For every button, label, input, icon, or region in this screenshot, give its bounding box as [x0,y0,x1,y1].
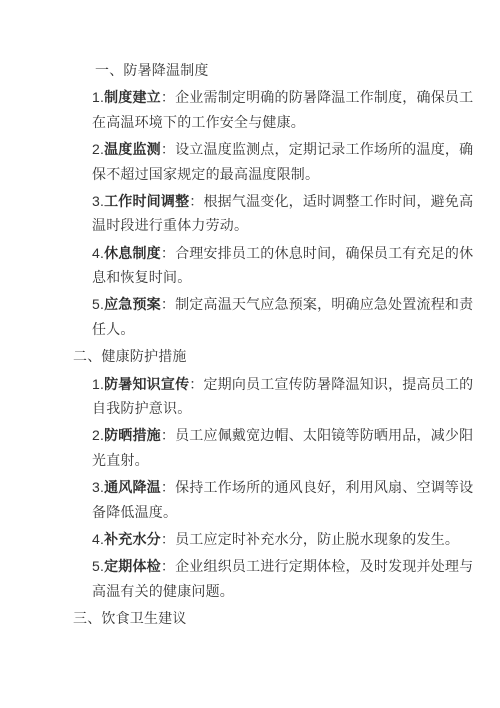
list-item: 5.应急预案：制定高温天气应急预案，明确应急处置流程和责任人。 [73,292,472,341]
item-term: 防晒措施 [104,427,161,443]
list-item: 2.防晒措施：员工应佩戴宽边帽、太阳镜等防晒用品，减少阳光直射。 [73,423,472,472]
document-section: 一、防暑降温制度1.制度建立：企业需制定明确的防暑降温工作制度，确保员工在高温环… [73,58,472,341]
heading-paragraph: 一、防暑降温制度 [73,58,472,83]
item-term: 工作时间调整 [104,193,189,209]
item-continuation-line: 高温有关的健康问题。 [73,579,472,604]
list-item: 4.补充水分：员工应定时补充水分，防止脱水现象的发生。 [73,527,472,552]
item-continuation-line: 光直射。 [73,448,472,473]
item-separator: ： [161,479,175,495]
item-continuation-line: 息和恢复时间。 [73,265,472,290]
item-number: 4. [92,531,104,547]
item-number: 2. [92,427,104,443]
item-continuation-line: 任人。 [73,317,472,342]
list-item: 1.制度建立：企业需制定明确的防暑降温工作制度，确保员工在高温环境下的工作安全与… [73,85,472,134]
list-item: 3.工作时间调整：根据气温变化，适时调整工作时间，避免高温时段进行重体力劳动。 [73,189,472,238]
section-heading: 三、饮食卫生建议 [73,606,472,631]
item-first-line: 5.定期体检：企业组织员工进行定期体检，及时发现并处理与 [73,554,472,579]
document-content: 一、防暑降温制度1.制度建立：企业需制定明确的防暑降温工作制度，确保员工在高温环… [73,58,472,631]
item-number: 1. [92,376,104,392]
heading-paragraph: 三、饮食卫生建议 [73,606,472,631]
item-text: 合理安排员工的休息时间，确保员工有充足的休 [175,245,473,261]
list-item: 3.通风降温：保持工作场所的通风良好，利用风扇、空调等设备降低温度。 [73,475,472,524]
item-first-line: 2.防晒措施：员工应佩戴宽边帽、太阳镜等防晒用品，减少阳 [73,423,472,448]
section-heading: 二、健康防护措施 [73,344,472,369]
section-heading: 一、防暑降温制度 [73,58,472,83]
item-term: 温度监测 [104,141,161,157]
item-first-line: 4.休息制度：合理安排员工的休息时间，确保员工有充足的休 [73,241,472,266]
list-item: 5.定期体检：企业组织员工进行定期体检，及时发现并处理与高温有关的健康问题。 [73,554,472,603]
item-text: 设立温度监测点，定期记录工作场所的温度，确 [175,141,473,157]
document-section: 三、饮食卫生建议 [73,606,472,631]
item-separator: ： [189,193,203,209]
item-first-line: 3.通风降温：保持工作场所的通风良好，利用风扇、空调等设 [73,475,472,500]
document-page: 一、防暑降温制度1.制度建立：企业需制定明确的防暑降温工作制度，确保员工在高温环… [0,0,500,708]
item-text: 根据气温变化，适时调整工作时间，避免高 [203,193,473,209]
item-term: 防暑知识宣传 [104,376,189,392]
item-term: 通风降温 [104,479,161,495]
item-continuation-line: 保不超过国家规定的最高温度限制。 [73,162,472,187]
item-term: 制度建立 [104,89,161,105]
item-number: 3. [92,193,104,209]
item-first-line: 1.制度建立：企业需制定明确的防暑降温工作制度，确保员工 [73,85,472,110]
item-number: 5. [92,558,104,574]
item-continuation-line: 备降低温度。 [73,500,472,525]
item-separator: ： [161,531,175,547]
item-first-line: 1.防暑知识宣传：定期向员工宣传防暑降温知识，提高员工的 [73,372,472,397]
item-number: 4. [92,245,104,261]
item-number: 5. [92,296,104,312]
list-item: 2.温度监测：设立温度监测点，定期记录工作场所的温度，确保不超过国家规定的最高温… [73,137,472,186]
item-text: 员工应定时补充水分，防止脱水现象的发生。 [175,531,459,547]
item-separator: ： [161,427,175,443]
item-first-line: 4.补充水分：员工应定时补充水分，防止脱水现象的发生。 [73,527,472,552]
item-text: 企业组织员工进行定期体检，及时发现并处理与 [175,558,473,574]
item-first-line: 5.应急预案：制定高温天气应急预案，明确应急处置流程和责 [73,292,472,317]
heading-paragraph: 二、健康防护措施 [73,344,472,369]
item-term: 定期体检 [104,558,161,574]
item-text: 保持工作场所的通风良好，利用风扇、空调等设 [175,479,473,495]
document-section: 二、健康防护措施1.防暑知识宣传：定期向员工宣传防暑降温知识，提高员工的自我防护… [73,344,472,603]
item-text: 定期向员工宣传防暑降温知识，提高员工的 [203,376,473,392]
item-separator: ： [161,296,175,312]
item-separator: ： [161,245,175,261]
item-continuation-line: 温时段进行重体力劳动。 [73,213,472,238]
item-text: 企业需制定明确的防暑降温工作制度，确保员工 [175,89,473,105]
item-number: 2. [92,141,104,157]
item-first-line: 2.温度监测：设立温度监测点，定期记录工作场所的温度，确 [73,137,472,162]
item-separator: ： [161,141,175,157]
item-first-line: 3.工作时间调整：根据气温变化，适时调整工作时间，避免高 [73,189,472,214]
list-item: 1.防暑知识宣传：定期向员工宣传防暑降温知识，提高员工的自我防护意识。 [73,372,472,421]
item-continuation-line: 在高温环境下的工作安全与健康。 [73,110,472,135]
item-separator: ： [189,376,203,392]
item-separator: ： [161,558,175,574]
item-term: 补充水分 [104,531,161,547]
item-term: 休息制度 [104,245,161,261]
item-text: 制定高温天气应急预案，明确应急处置流程和责 [175,296,473,312]
list-item: 4.休息制度：合理安排员工的休息时间，确保员工有充足的休息和恢复时间。 [73,241,472,290]
item-number: 3. [92,479,104,495]
item-text: 员工应佩戴宽边帽、太阳镜等防晒用品，减少阳 [175,427,473,443]
item-continuation-line: 自我防护意识。 [73,396,472,421]
item-number: 1. [92,89,104,105]
item-separator: ： [161,89,175,105]
item-term: 应急预案 [104,296,161,312]
